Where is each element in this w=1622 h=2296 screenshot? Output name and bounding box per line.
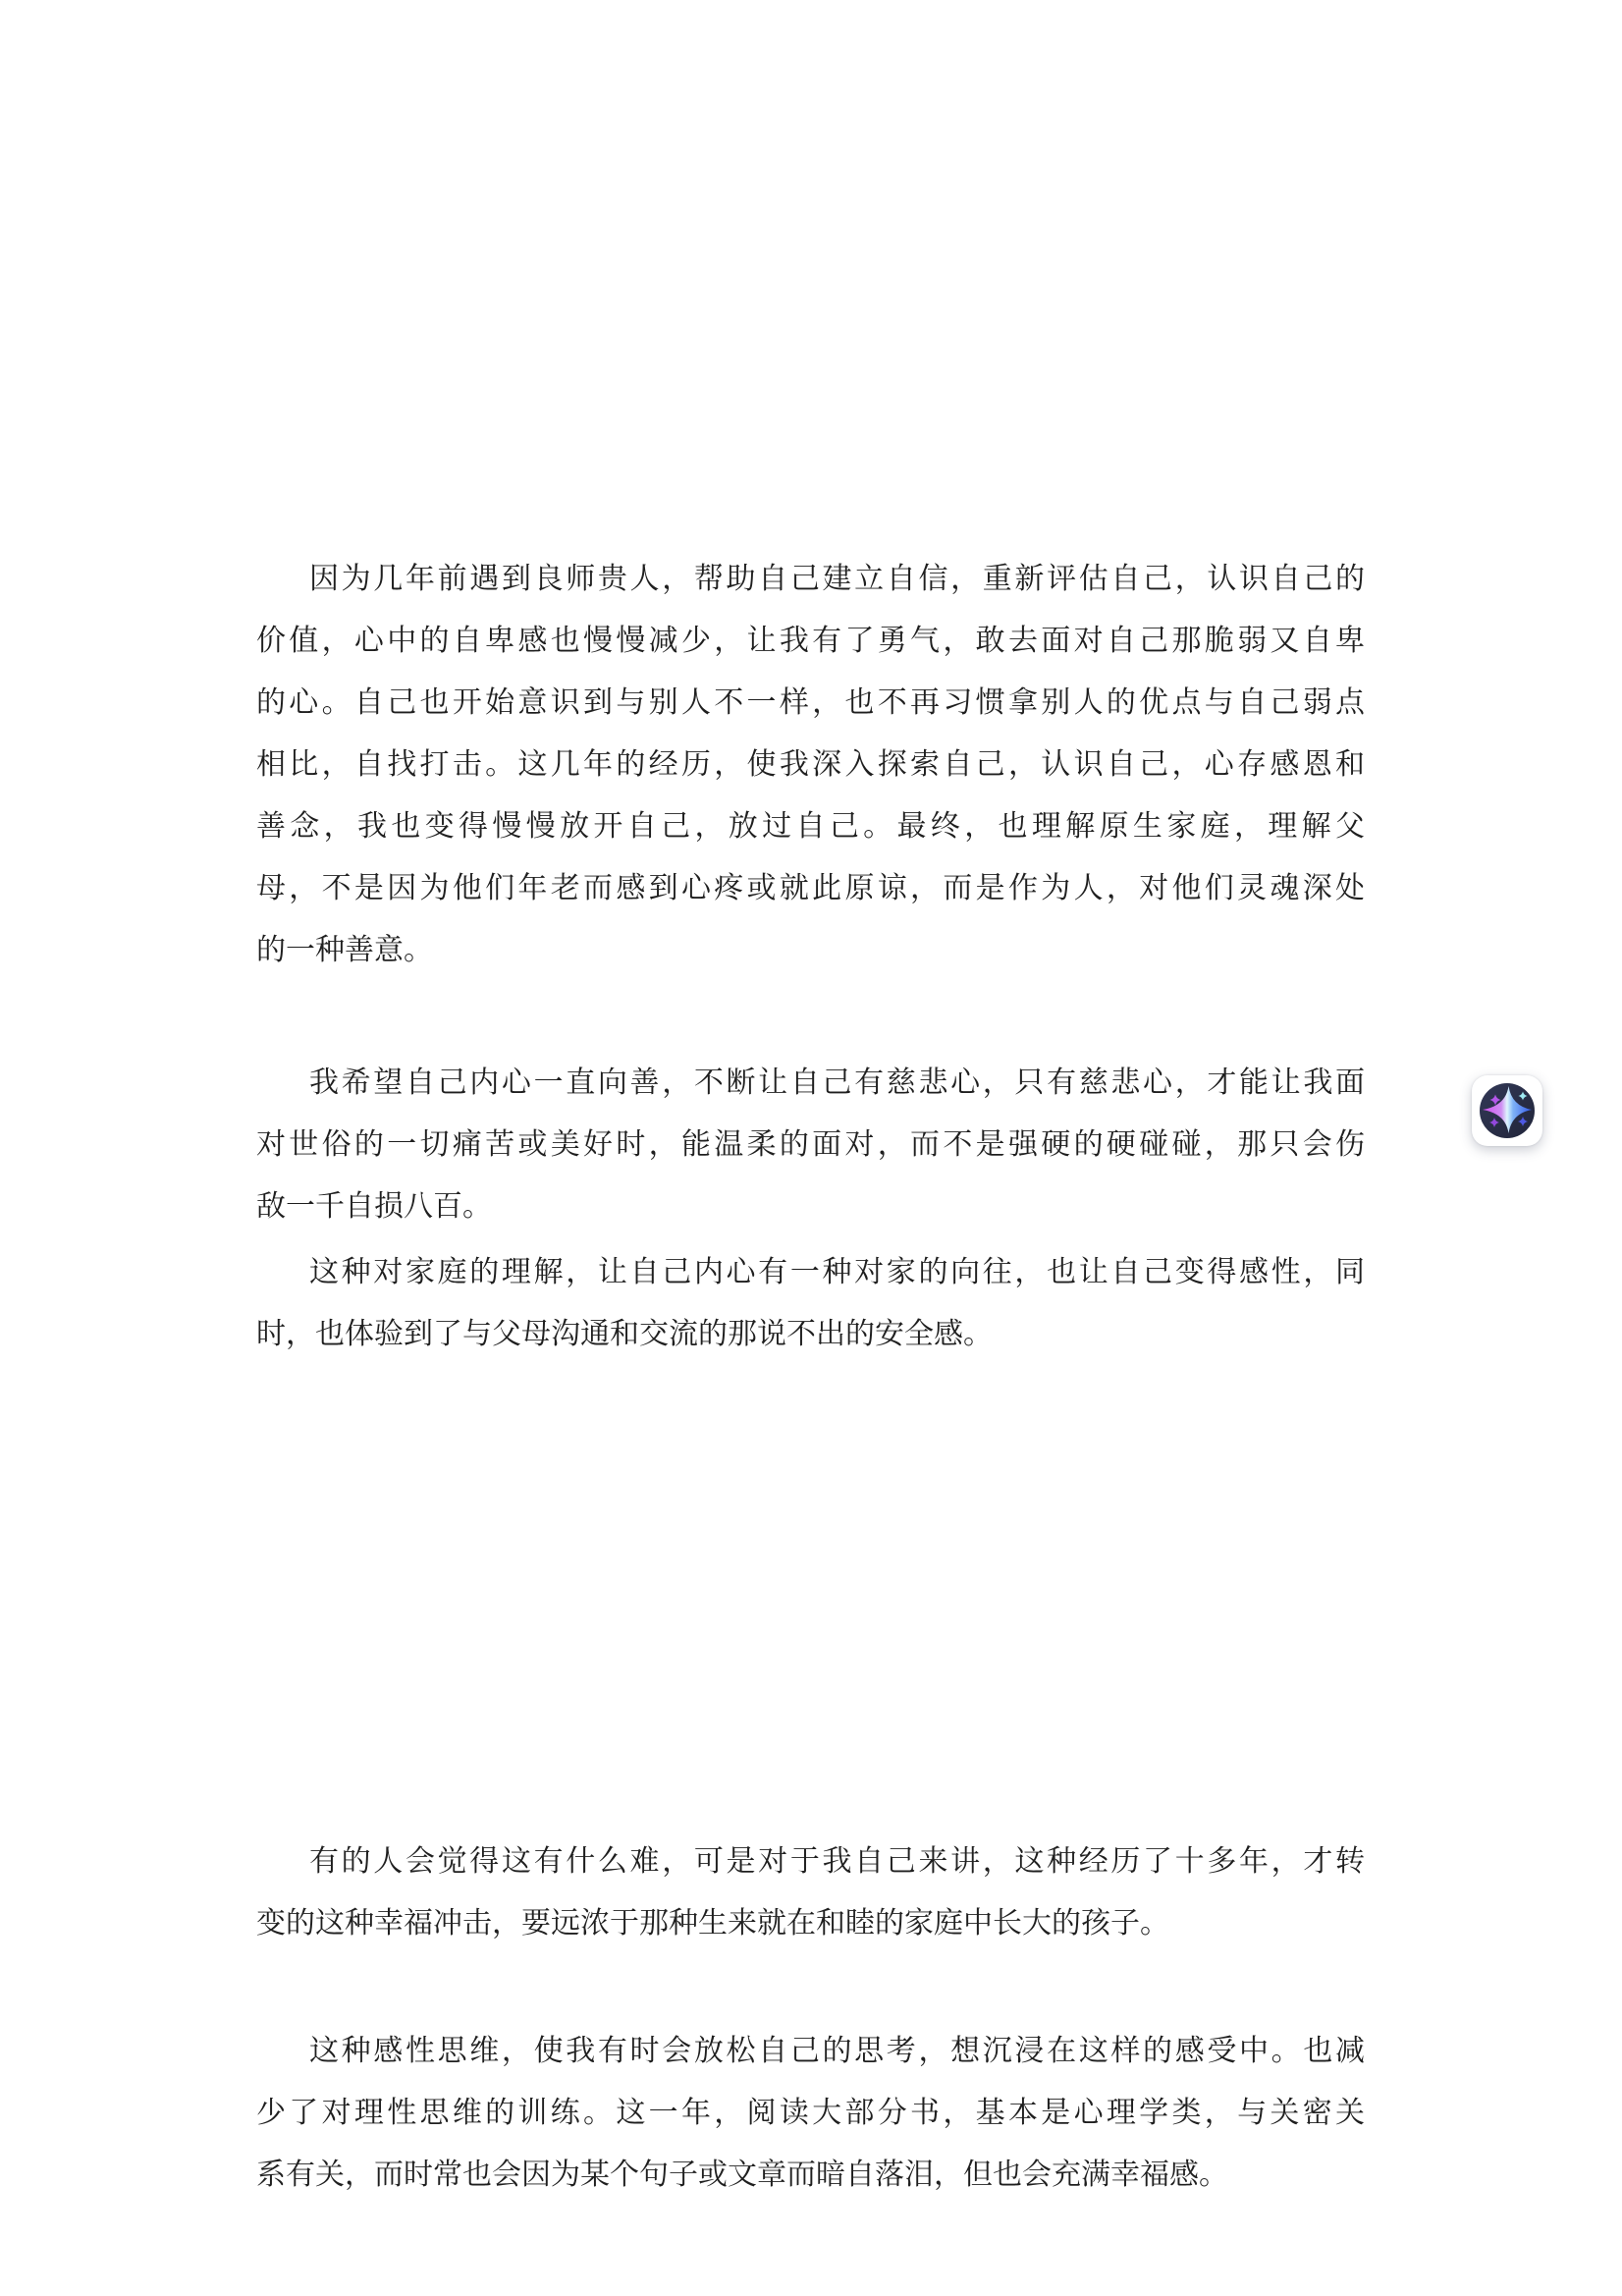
text-line: 相比，自找打击。这几年的经历，使我深入探索自己，认识自己，心存感恩和 (256, 734, 1365, 795)
text-line: 的心。自己也开始意识到与别人不一样，也不再习惯拿别人的优点与自己弱点 (256, 672, 1365, 734)
text-line: 这种对家庭的理解，让自己内心有一种对家的向往，也让自己变得感性，同 (256, 1241, 1365, 1303)
text-line: 善念，我也变得慢慢放开自己，放过自己。最终，也理解原生家庭，理解父 (256, 795, 1365, 857)
text-line: 对世俗的一切痛苦或美好时，能温柔的面对，而不是强硬的硬碰碰，那只会伤 (256, 1114, 1365, 1175)
document-body: 因为几年前遇到良师贵人，帮助自己建立自信，重新评估自己，认识自己的价值，心中的自… (256, 548, 1365, 2206)
text-line: 有的人会觉得这有什么难，可是对于我自己来讲，这种经历了十多年，才转 (256, 1831, 1365, 1892)
sparkle-star-icon (1480, 1083, 1535, 1138)
text-line: 少了对理性思维的训练。这一年，阅读大部分书，基本是心理学类，与关密关 (256, 2082, 1365, 2144)
paragraph: 有的人会觉得这有什么难，可是对于我自己来讲，这种经历了十多年，才转变的这种幸福冲… (256, 1831, 1365, 1954)
ai-assistant-button[interactable] (1472, 1075, 1542, 1146)
document-page: 因为几年前遇到良师贵人，帮助自己建立自信，重新评估自己，认识自己的价值，心中的自… (0, 0, 1622, 2296)
text-line: 价值，心中的自卑感也慢慢减少，让我有了勇气，敢去面对自己那脆弱又自卑 (256, 610, 1365, 672)
text-line: 系有关，而时常也会因为某个句子或文章而暗自落泪，但也会充满幸福感。 (256, 2144, 1365, 2206)
paragraph: 我希望自己内心一直向善，不断让自己有慈悲心，只有慈悲心，才能让我面对世俗的一切痛… (256, 1052, 1365, 1237)
paragraph: 这种感性思维，使我有时会放松自己的思考，想沉浸在这样的感受中。也减少了对理性思维… (256, 2020, 1365, 2206)
text-line: 这种感性思维，使我有时会放松自己的思考，想沉浸在这样的感受中。也减 (256, 2020, 1365, 2082)
text-line: 敌一千自损八百。 (256, 1175, 1365, 1237)
text-line: 变的这种幸福冲击，要远浓于那种生来就在和睦的家庭中长大的孩子。 (256, 1892, 1365, 1954)
text-line: 我希望自己内心一直向善，不断让自己有慈悲心，只有慈悲心，才能让我面 (256, 1052, 1365, 1114)
paragraph: 因为几年前遇到良师贵人，帮助自己建立自信，重新评估自己，认识自己的价值，心中的自… (256, 548, 1365, 981)
text-line: 时，也体验到了与父母沟通和交流的那说不出的安全感。 (256, 1303, 1365, 1365)
text-line: 母，不是因为他们年老而感到心疼或就此原谅，而是作为人，对他们灵魂深处 (256, 857, 1365, 919)
paragraph: 这种对家庭的理解，让自己内心有一种对家的向往，也让自己变得感性，同时，也体验到了… (256, 1241, 1365, 1365)
text-line: 的一种善意。 (256, 919, 1365, 981)
text-line: 因为几年前遇到良师贵人，帮助自己建立自信，重新评估自己，认识自己的 (256, 548, 1365, 610)
